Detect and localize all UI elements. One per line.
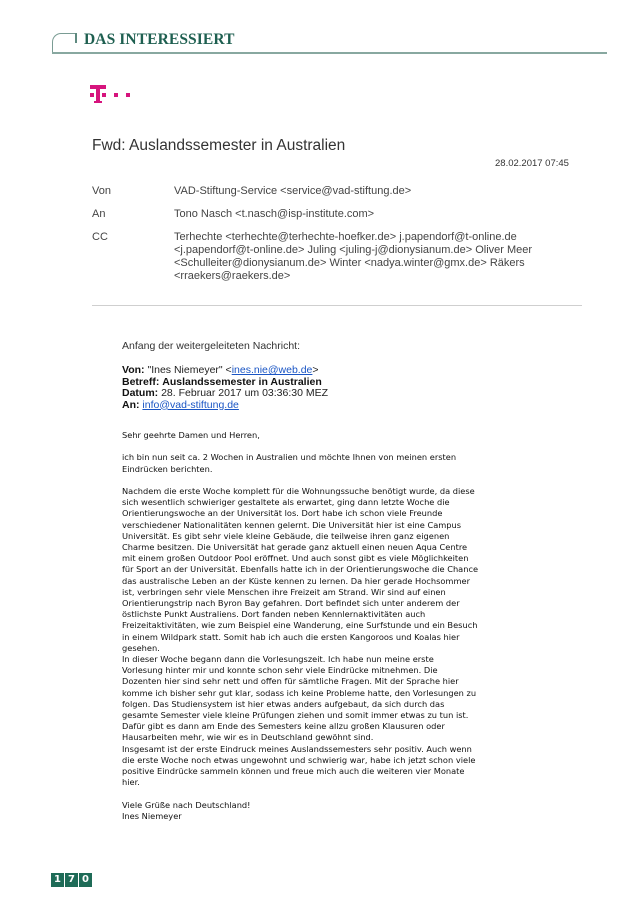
page-digit: 1 [51,873,64,887]
letter-greeting: Sehr geehrte Damen und Herren, [122,430,522,441]
letter-paragraph-1: Nachdem die erste Woche komplett für die… [122,486,522,654]
page-digit: 7 [65,873,78,887]
text-line: Universität. Es gibt sehr viele kleine G… [122,531,522,542]
text-line: Insgesamt ist der erste Eindruck meines … [122,744,522,755]
text-line: komme ich bisher sehr gut klar, sodass i… [122,688,522,699]
text-line: mit einem großen Outdoor Pool eröffnet. … [122,553,522,564]
section-title: DAS INTERESSIERT [84,31,235,49]
signature: Ines Niemeyer [122,811,522,822]
from-label: Von [92,185,172,197]
text-line: die erste Woche noch etwas ungewohnt und… [122,755,522,766]
text-line: Orientierungstrip nach Byron Bay gefahre… [122,598,522,609]
forwarded-to-line: An: info@vad-stiftung.de [122,400,328,412]
email-subject: Fwd: Auslandssemester in Australien [92,137,345,155]
cc-label: CC [92,231,172,243]
text-line: In dieser Woche begann dann die Vorlesun… [122,654,522,665]
letter-closing: Viele Grüße nach Deutschland! Ines Nieme… [122,800,522,822]
header-rule [52,52,307,54]
forwarded-from-name: "Ines Niemeyer" < [147,364,231,376]
header-tab-decoration [52,33,76,53]
text-line: gesamte Semester viele kleine Prüfungen … [122,710,522,721]
page-digit: 0 [79,873,92,887]
text-line: sich wesentlich schwieriger gestaltete a… [122,497,522,508]
text-line: Eindrücken berichten. [122,464,522,475]
text-line: folgen. Das Studiensystem ist hier etwas… [122,699,522,710]
page-number: 1 7 0 [51,873,92,887]
header-rule-extension [300,52,607,54]
cc-value: Terhechte <terhechte@terhechte-hoefker.d… [174,231,554,283]
text-line: für Sport an der Universität. Ebenfalls … [122,564,522,575]
email-datetime: 28.02.2017 07:45 [495,158,569,169]
to-label: An [92,208,172,220]
forwarded-subject: Auslandssemester in Australien [162,376,322,388]
text-line: positive Eindrücke sammeln können und fr… [122,766,522,777]
text-line: östlichste Punkt Australiens. Dort fande… [122,609,522,620]
letter-paragraph-3: Insgesamt ist der erste Eindruck meines … [122,744,522,789]
forwarded-from-email-link[interactable]: ines.nie@web.de [232,364,313,376]
text-line: Dafür gibt es dann am Ende des Semesters… [122,721,522,732]
forwarded-date-label: Datum: [122,387,158,399]
forwarded-from-label: Von: [122,364,145,376]
telekom-logo-icon [90,85,140,105]
closing-text: Viele Grüße nach Deutschland! [122,800,522,811]
text-line: gesehen. [122,643,522,654]
forwarded-to-email-link[interactable]: info@vad-stiftung.de [142,399,238,411]
text-line: Orientierungswoche an der Universität lo… [122,508,522,519]
text-line: verschiedener Nationalitäten kennen gele… [122,520,522,531]
forwarded-subject-label: Betreff: [122,376,159,388]
text-line: ich bin nun seit ca. 2 Wochen in Austral… [122,452,522,463]
to-value: Tono Nasch <t.nasch@isp-institute.com> [174,208,554,221]
text-line: Hausarbeiten mehr, wie wir es in Deutsch… [122,732,522,743]
text-line: Dozenten hier sind sehr nett und offen f… [122,676,522,687]
text-line: in einem Wildpark statt. Somit hab ich a… [122,632,522,643]
letter-paragraph-2: In dieser Woche begann dann die Vorlesun… [122,654,522,744]
forwarded-to-label: An: [122,399,140,411]
header-tab-tick [75,33,77,43]
text-line: Nachdem die erste Woche komplett für die… [122,486,522,497]
text-line: Vorlesung hinter mir und konnte schon se… [122,665,522,676]
text-line: das australische Leben an der Küste kenn… [122,576,522,587]
forwarded-meta: Von: "Ines Niemeyer" <ines.nie@web.de> B… [122,365,328,411]
header-separator [92,305,582,306]
forwarded-intro: Anfang der weitergeleiteten Nachricht: [122,340,300,352]
letter-body: Sehr geehrte Damen und Herren, ich bin n… [122,430,522,822]
text-line: hier. [122,777,522,788]
forwarded-date: 28. Februar 2017 um 03:36:30 MEZ [161,387,328,399]
section-header: DAS INTERESSIERT [52,33,308,53]
text-line: ist, verbringen sehr viele Menschen ihre… [122,587,522,598]
from-value: VAD-Stiftung-Service <service@vad-stiftu… [174,185,554,198]
letter-intro: ich bin nun seit ca. 2 Wochen in Austral… [122,452,522,474]
text-line: Freizeitaktivitäten, wie zum Beispiel ei… [122,620,522,631]
text-line: Charme besitzen. Die Universität hat ger… [122,542,522,553]
forwarded-from-close: > [312,364,318,376]
